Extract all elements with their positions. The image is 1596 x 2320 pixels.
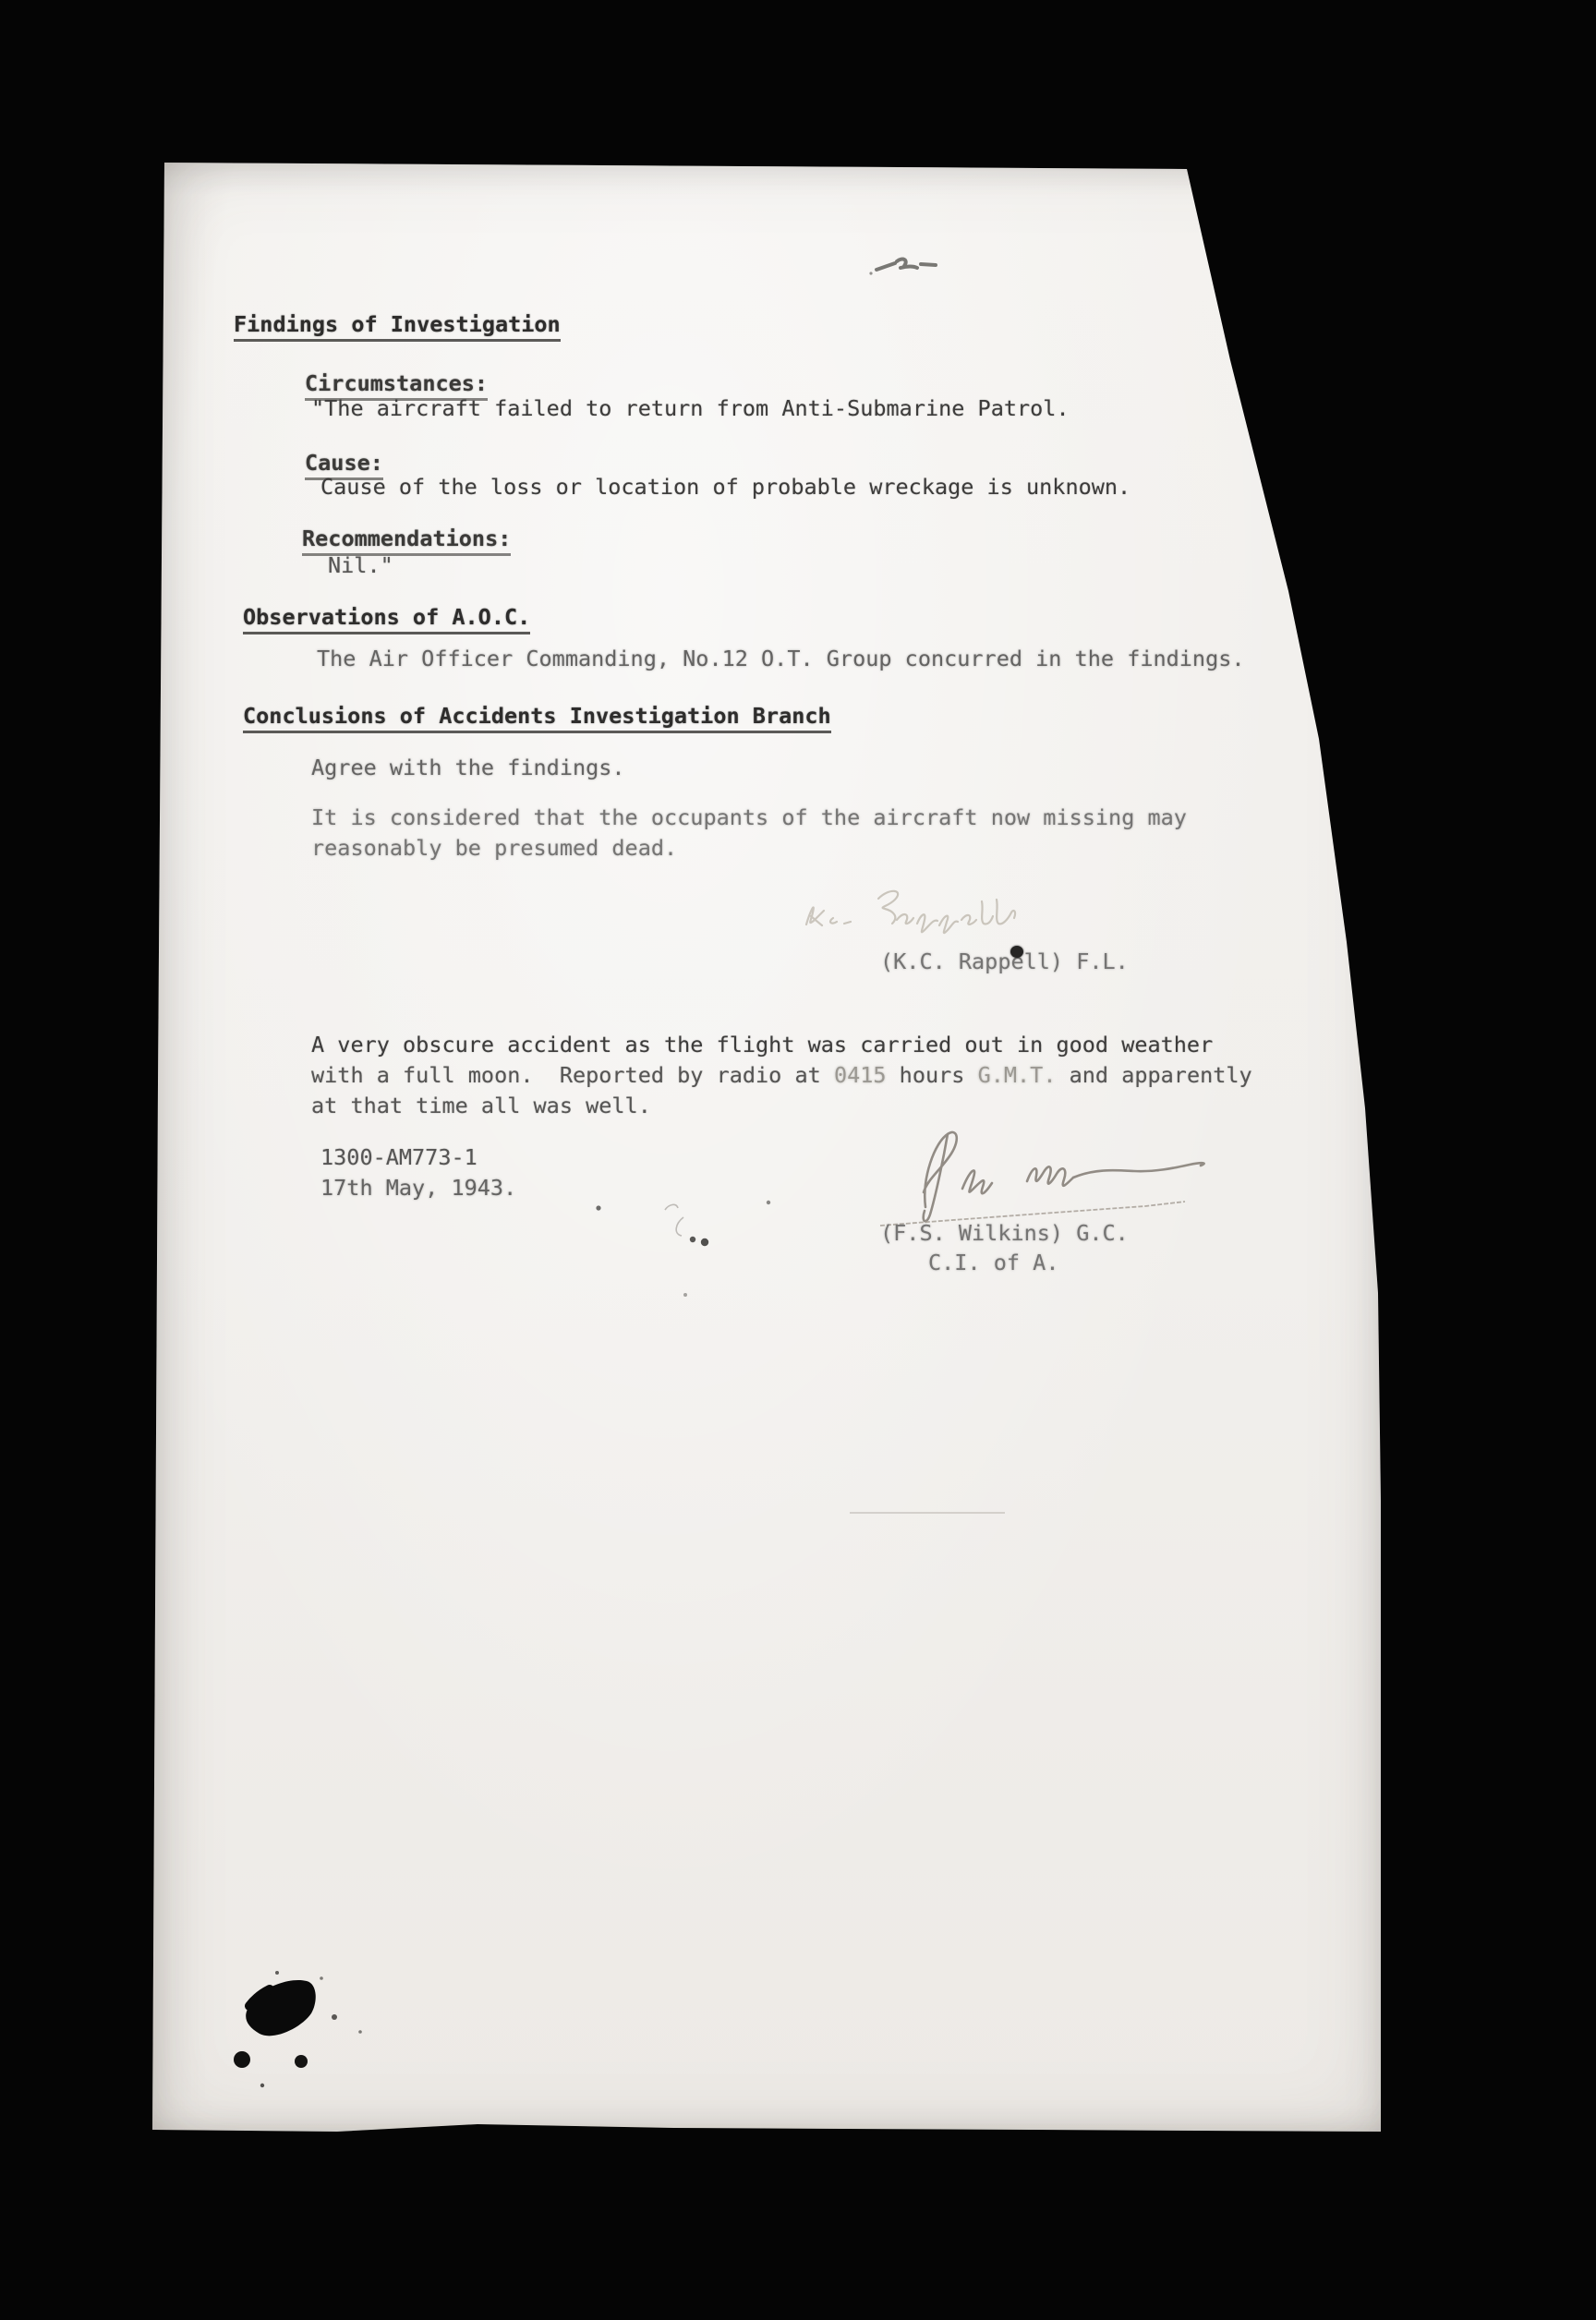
document-date: 17th May, 1943. (320, 1176, 516, 1201)
document-page: Findings of Investigation Circumstances:… (152, 159, 1381, 2135)
observations-body: The Air Officer Commanding, No.12 O.T. G… (317, 646, 1245, 671)
remark-line2-mid: hours (887, 1062, 978, 1088)
observations-heading: Observations of A.O.C. (243, 605, 530, 634)
conclusions-line1: Agree with the findings. (311, 755, 625, 780)
signature1-typed-name: (K.C. Rappell) F.L. (880, 949, 1129, 974)
conclusions-line2: It is considered that the occupants of t… (311, 805, 1187, 830)
page-title: Findings of Investigation (234, 312, 561, 342)
remark-line2-post: and apparently (1056, 1062, 1251, 1088)
conclusions-heading: Conclusions of Accidents Investigation B… (243, 704, 831, 733)
remark-line1: A very obscure accident as the flight wa… (311, 1033, 1213, 1057)
cause-body: Cause of the loss or location of probabl… (320, 475, 1130, 500)
conclusions-line3: reasonably be presumed dead. (311, 836, 677, 861)
ink-blot (222, 1967, 397, 2096)
scanned-document: Findings of Investigation Circumstances:… (0, 0, 1596, 2320)
recommendations-body: Nil." (328, 553, 393, 578)
remark-time-faint: 0415 (834, 1062, 887, 1088)
rappell-signature (799, 882, 1076, 941)
signature2-title: C.I. of A. (928, 1251, 1058, 1275)
ink-smudge (864, 238, 1002, 289)
remark-line3: at that time all was well. (311, 1094, 651, 1118)
typed-over-ink-dot (1010, 946, 1023, 958)
paper-crease (850, 1512, 1005, 1514)
remark-line2-pre: with a full moon. Reported by radio at (311, 1062, 834, 1088)
remark-line2: with a full moon. Reported by radio at 0… (311, 1063, 1252, 1088)
circumstances-body: "The aircraft failed to return from Anti… (311, 396, 1070, 421)
reference-number: 1300-AM773-1 (320, 1145, 478, 1170)
signature2-typed-name: (F.S. Wilkins) G.C. (880, 1221, 1129, 1246)
remark-gmt-faint: G.M.T. (978, 1062, 1057, 1088)
pencil-smudge (554, 1182, 804, 1339)
